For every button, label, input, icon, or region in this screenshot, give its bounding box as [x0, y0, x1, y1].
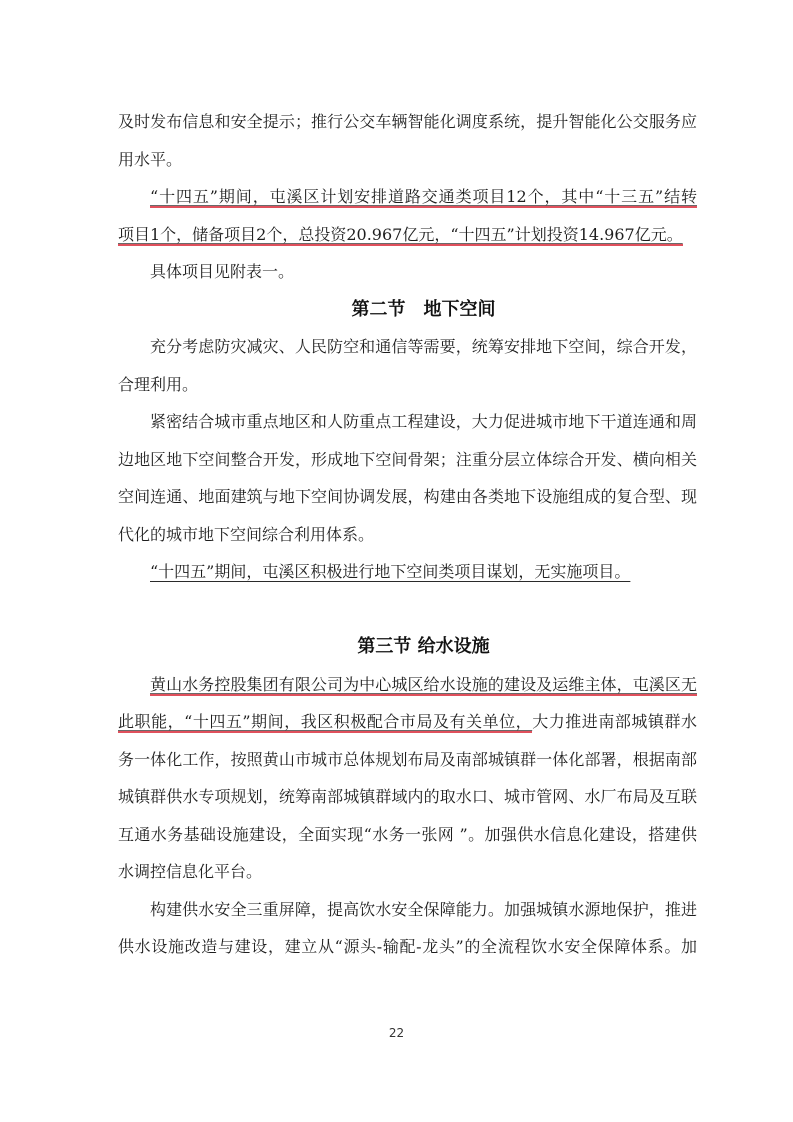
- text-run: 水调控信息化平台。: [118, 862, 262, 881]
- highlighted-paragraph-line: 此职能，“十四五”期间，我区积极配合市局及有关单位，大力推进南部城镇群水: [118, 703, 697, 741]
- blank-line: [118, 591, 697, 629]
- paragraph-line: 具体项目见附表一。: [118, 253, 697, 291]
- text-run: 务一体化工作，按照黄山市城市总体规划布局及南部城镇群一体化部署，根据南部: [118, 750, 697, 769]
- paragraph-line: 用水平。: [118, 141, 697, 179]
- text-run: 空间连通、地面建筑与地下空间协调发展，构建由各类地下设施组成的复合型、现: [118, 487, 697, 506]
- paragraph-line: 紧密结合城市重点地区和人防重点工程建设，大力促进城市地下干道连通和周: [118, 403, 697, 441]
- highlighted-paragraph-line: 黄山水务控股集团有限公司为中心城区给水设施的建设及运维主体，屯溪区无: [118, 666, 697, 704]
- text-run: 用水平。: [118, 150, 182, 169]
- document-page: 及时发布信息和安全提示；推行公交车辆智能化调度系统，提升智能化公交服务应 用水平…: [0, 0, 793, 1122]
- text-run: 具体项目见附表一。: [150, 262, 294, 281]
- paragraph-line: 务一体化工作，按照黄山市城市总体规划布局及南部城镇群一体化部署，根据南部: [118, 741, 697, 779]
- underlined-paragraph-line: “十四五”期间，屯溪区积极进行地下空间类项目谋划，无实施项目。: [118, 553, 697, 591]
- paragraph-line: 水调控信息化平台。: [118, 853, 697, 891]
- text-run: 城镇群供水专项规划，统筹南部城镇群域内的取水口、城市管网、水厂布局及互联: [118, 787, 697, 806]
- page-number: 22: [0, 1026, 793, 1040]
- text-run: 及时发布信息和安全提示；推行公交车辆智能化调度系统，提升智能化公交服务应: [118, 112, 697, 131]
- paragraph-line: 供水设施改造与建设，建立从“源头-输配-龙头”的全流程饮水安全保障体系。加: [118, 928, 697, 966]
- text-run: 大力推进南部城镇群水: [532, 712, 697, 731]
- paragraph-line: 合理利用。: [118, 366, 697, 404]
- paragraph-line: 互通水务基础设施建设，全面实现“水务一张网 ”。加强供水信息化建设，搭建供: [118, 816, 697, 854]
- text-run: 合理利用。: [118, 375, 198, 394]
- paragraph-line: 边地区地下空间整合开发，形成地下空间骨架；注重分层立体综合开发、横向相关: [118, 441, 697, 479]
- black-underlined-text: “十四五”期间，屯溪区积极进行地下空间类项目谋划，无实施项目。: [150, 562, 630, 581]
- paragraph-line: 及时发布信息和安全提示；推行公交车辆智能化调度系统，提升智能化公交服务应: [118, 103, 697, 141]
- red-underlined-text: 项目1个，储备项目2个，总投资20.967亿元，“十四五”计划投资14.967亿…: [118, 225, 683, 246]
- paragraph-line: 空间连通、地面建筑与地下空间协调发展，构建由各类地下设施组成的复合型、现: [118, 478, 697, 516]
- paragraph-line: 城镇群供水专项规划，统筹南部城镇群域内的取水口、城市管网、水厂布局及互联: [118, 778, 697, 816]
- text-run: 供水设施改造与建设，建立从“源头-输配-龙头”的全流程饮水安全保障体系。加: [118, 937, 697, 956]
- text-run: 构建供水安全三重屏障，提高饮水安全保障能力。加强城镇水源地保护，推进: [150, 900, 697, 919]
- section-heading-water-supply: 第三节 给水设施: [118, 628, 697, 666]
- text-run: 代化的城市地下空间综合利用体系。: [118, 525, 374, 544]
- red-underlined-text: 黄山水务控股集团有限公司为中心城区给水设施的建设及运维主体，屯溪区无: [150, 675, 697, 696]
- paragraph-line: 充分考虑防灾减灾、人民防空和通信等需要，统筹安排地下空间，综合开发，: [118, 328, 697, 366]
- red-underlined-text: “十四五”期间，屯溪区计划安排道路交通类项目12个，其中“十三五”结转: [150, 187, 697, 208]
- text-run: 紧密结合城市重点地区和人防重点工程建设，大力促进城市地下干道连通和周: [150, 412, 697, 431]
- highlighted-paragraph-line: 项目1个，储备项目2个，总投资20.967亿元，“十四五”计划投资14.967亿…: [118, 216, 697, 254]
- text-run: 互通水务基础设施建设，全面实现“水务一张网 ”。加强供水信息化建设，搭建供: [118, 825, 697, 844]
- text-run: 充分考虑防灾减灾、人民防空和通信等需要，统筹安排地下空间，综合开发，: [150, 337, 697, 356]
- paragraph-line: 代化的城市地下空间综合利用体系。: [118, 516, 697, 554]
- paragraph-line: 构建供水安全三重屏障，提高饮水安全保障能力。加强城镇水源地保护，推进: [118, 891, 697, 929]
- text-run: 边地区地下空间整合开发，形成地下空间骨架；注重分层立体综合开发、横向相关: [118, 450, 697, 469]
- red-underlined-text: 此职能，“十四五”期间，我区积极配合市局及有关单位，: [118, 712, 532, 733]
- highlighted-paragraph-line: “十四五”期间，屯溪区计划安排道路交通类项目12个，其中“十三五”结转: [118, 178, 697, 216]
- document-body: 及时发布信息和安全提示；推行公交车辆智能化调度系统，提升智能化公交服务应 用水平…: [118, 103, 697, 966]
- section-heading-underground-space: 第二节 地下空间: [118, 291, 697, 329]
